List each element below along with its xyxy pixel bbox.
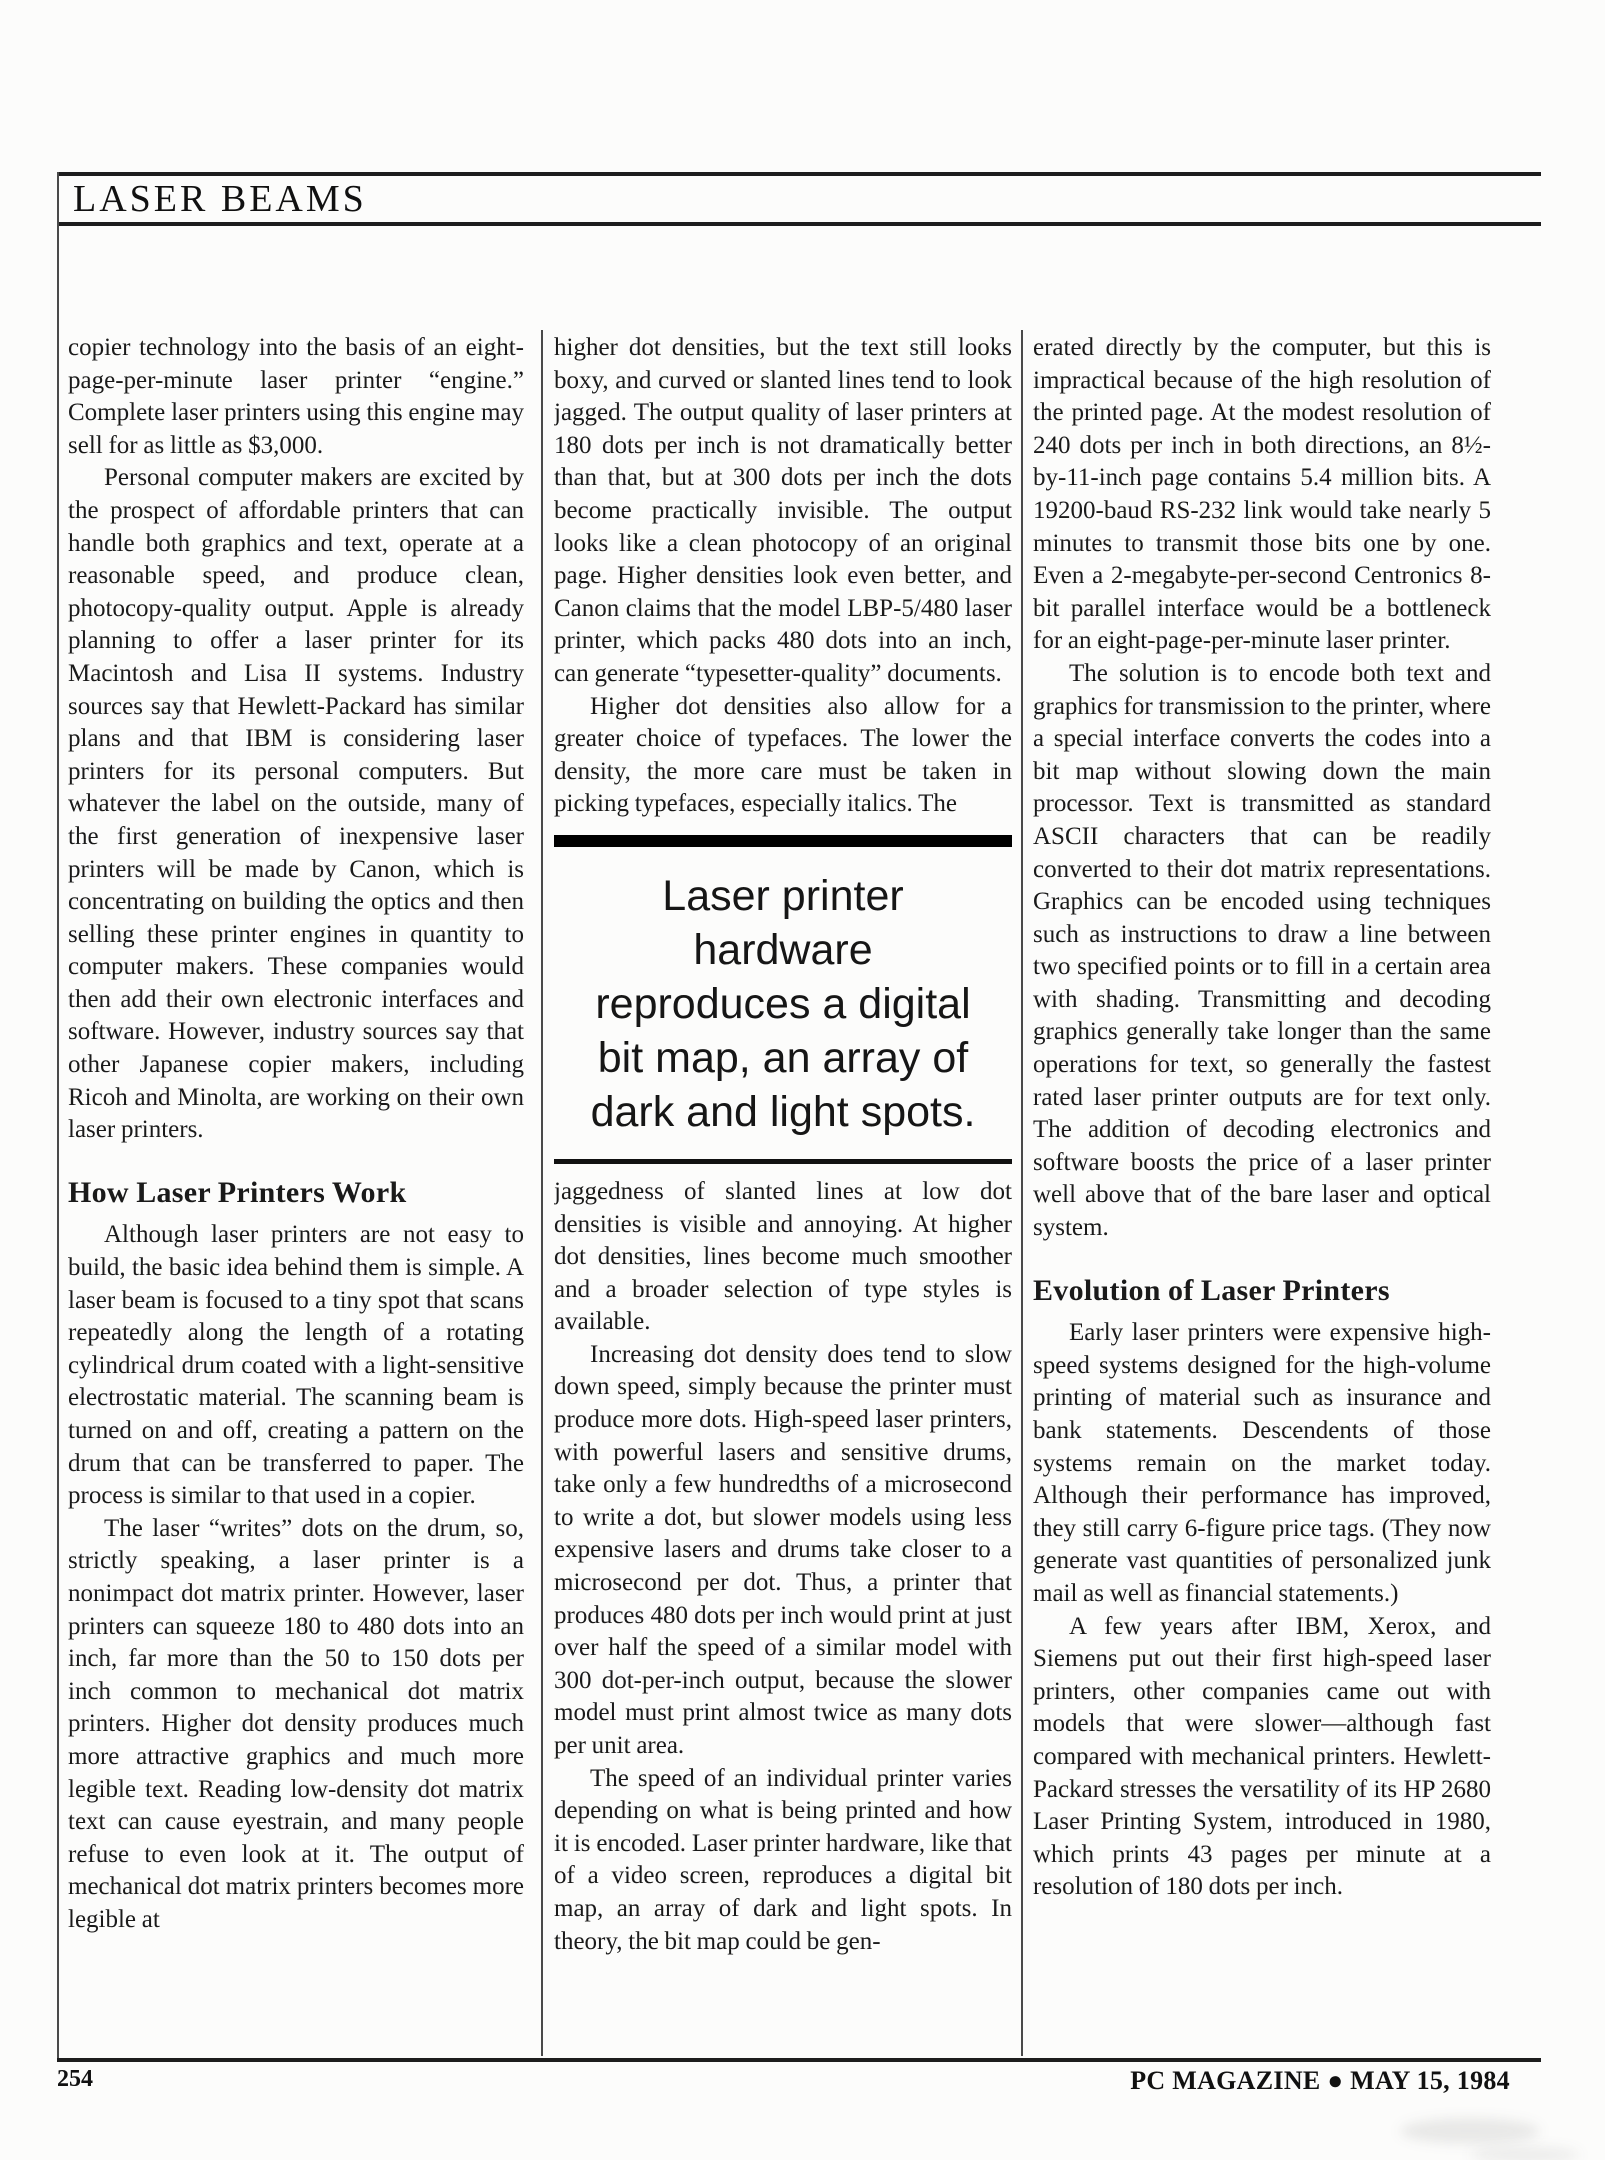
pull-quote-line: Laser printer xyxy=(554,869,1012,923)
paragraph: The laser “writes” dots on the drum, so,… xyxy=(68,1513,524,1937)
page-left-border-rule xyxy=(57,172,59,2062)
column-divider-rule-2 xyxy=(1021,330,1023,2056)
pull-quote-line: bit map, an array of xyxy=(554,1031,1012,1085)
article-title: LASER BEAMS xyxy=(57,176,1541,222)
paragraph: Early laser printers were expensive high… xyxy=(1033,1317,1491,1610)
section-heading-how-laser-printers-work: How Laser Printers Work xyxy=(68,1177,524,1210)
scan-smudge xyxy=(1400,2118,1540,2144)
pull-quote: Laser printer hardware reproduces a digi… xyxy=(554,835,1012,1164)
paragraph: higher dot densities, but the text still… xyxy=(554,332,1012,691)
pull-quote-line: reproduces a digital xyxy=(554,977,1012,1031)
paragraph: Although laser printers are not easy to … xyxy=(68,1219,524,1512)
scan-smudge xyxy=(1470,2146,1580,2160)
paragraph: A few years after IBM, Xerox, and Siemen… xyxy=(1033,1611,1491,1904)
text-column-2: higher dot densities, but the text still… xyxy=(554,332,1012,2056)
magazine-credit: PC MAGAZINE ● MAY 15, 1984 xyxy=(1130,2066,1510,2096)
paragraph: Higher dot densities also allow for a gr… xyxy=(554,691,1012,821)
pull-quote-line: dark and light spots. xyxy=(554,1085,1012,1139)
text-column-3: erated directly by the computer, but thi… xyxy=(1033,332,1491,2056)
paragraph: Personal computer makers are excited by … xyxy=(68,462,524,1146)
paragraph: erated directly by the computer, but thi… xyxy=(1033,332,1491,658)
pull-quote-line: hardware xyxy=(554,923,1012,977)
paragraph: The speed of an individual printer varie… xyxy=(554,1763,1012,1959)
page-number: 254 xyxy=(57,2066,93,2093)
article-header: LASER BEAMS xyxy=(57,172,1541,226)
footer-rule xyxy=(57,2058,1541,2062)
text-column-1: copier technology into the basis of an e… xyxy=(68,332,524,2056)
paragraph: jaggedness of slanted lines at low dot d… xyxy=(554,1176,1012,1339)
section-heading-evolution-of-laser-printers: Evolution of Laser Printers xyxy=(1033,1275,1491,1308)
paragraph: Increasing dot density does tend to slow… xyxy=(554,1339,1012,1763)
paragraph: copier technology into the basis of an e… xyxy=(68,332,524,462)
magazine-page: LASER BEAMS copier technology into the b… xyxy=(0,0,1605,2160)
paragraph: The solution is to encode both text and … xyxy=(1033,658,1491,1245)
column-divider-rule-1 xyxy=(541,330,543,2056)
